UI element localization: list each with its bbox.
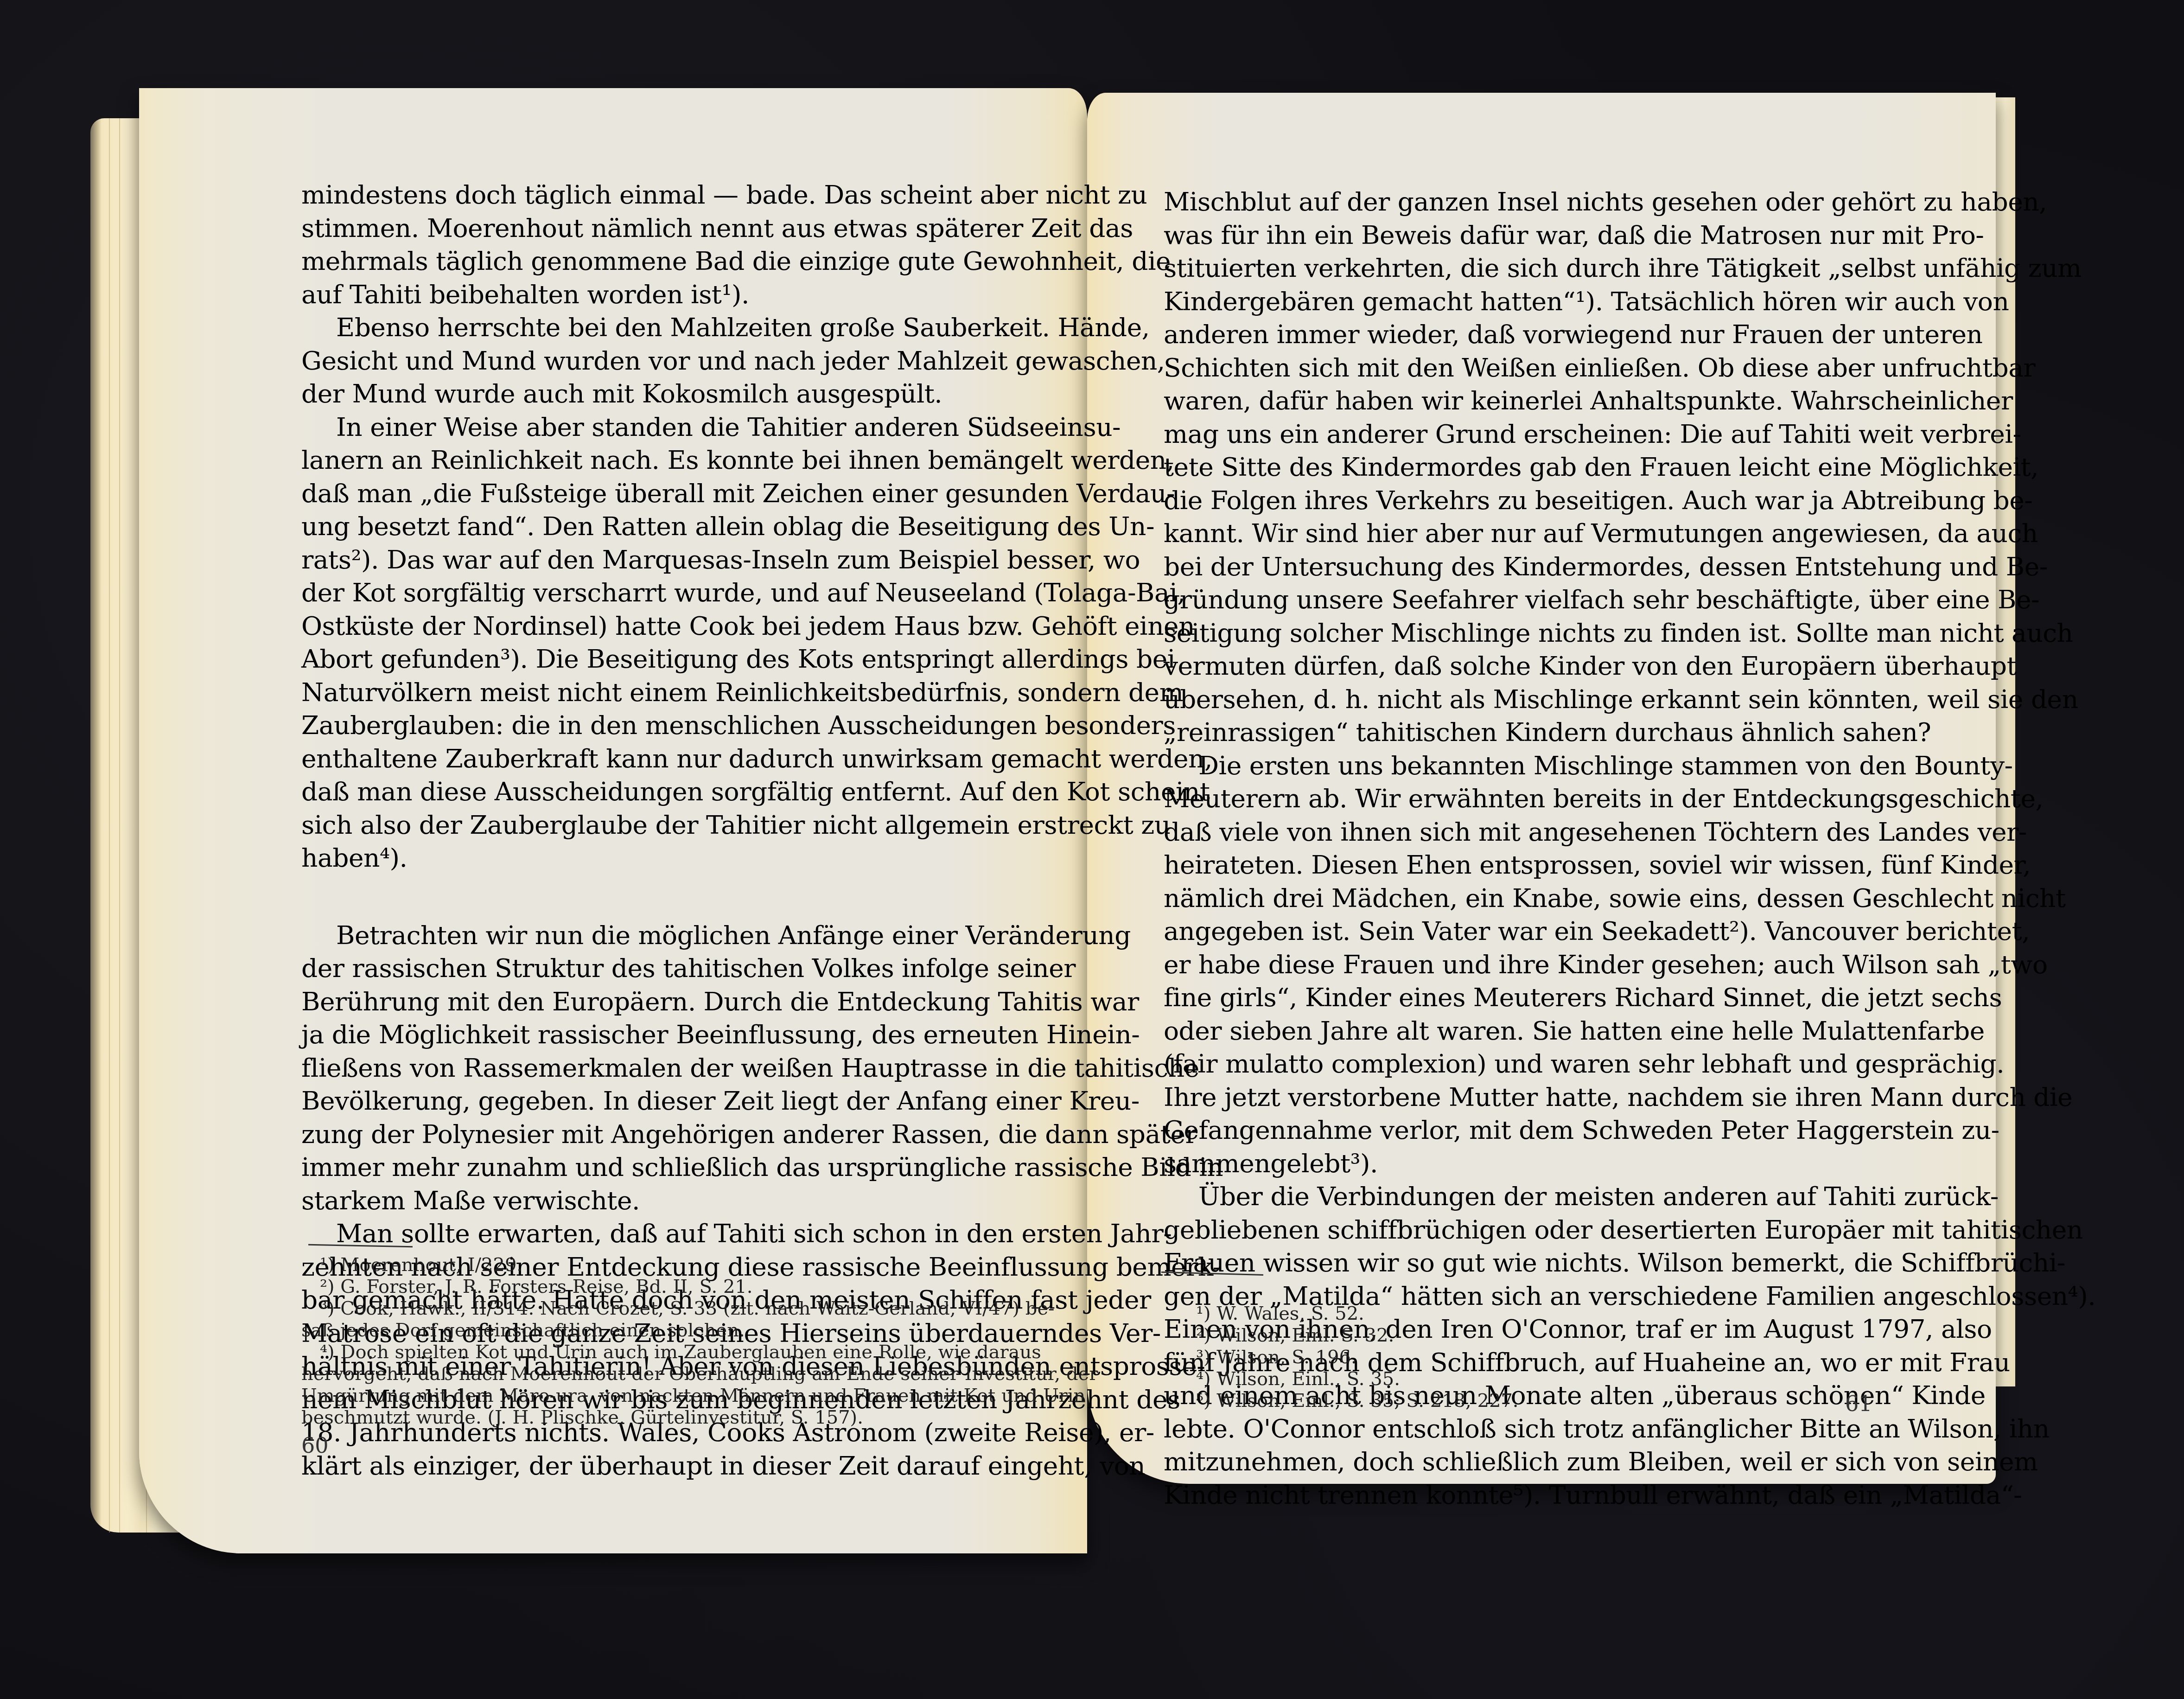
text-line: lebte. O'Connor entschloß sich trotz anf… [1164, 1412, 1889, 1446]
footnote: ⁵) Wilson, Einl., S. 35; S. 218, 227. [1178, 1390, 1548, 1412]
open-book: mindestens doch täglich einmal — bade. D… [0, 0, 2184, 1699]
text-line: der Mund wurde auch mit Kokosmilch ausge… [301, 377, 1034, 411]
page-number-left: 60 [301, 1433, 329, 1458]
footnote: ⁴) Doch spielten Kot und Urin auch im Za… [301, 1341, 1020, 1363]
footnote: ³) Wilson, S. 196. [1178, 1347, 1548, 1368]
text-line: vermuten dürfen, daß solche Kinder von d… [1164, 650, 1889, 683]
text-line: Mischblut auf der ganzen Insel nichts ge… [1164, 185, 1889, 219]
text-line: Ihre jetzt verstorbene Mutter hatte, nac… [1164, 1081, 1889, 1114]
text-line: Abort gefunden³). Die Beseitigung des Ko… [301, 643, 1034, 676]
footnote: ¹) W. Wales, S. 52. [1178, 1303, 1548, 1325]
text-line: daß man diese Ausscheidungen sorgfältig … [301, 775, 1034, 809]
left-page-footnotes: ¹) Moerenhout, I/229. ²) G. Forster, J. … [301, 1254, 1020, 1429]
footnote-continuation: hervorgeht, daß nach Moerenhout der Ober… [301, 1363, 1020, 1385]
text-line: der rassischen Struktur des tahitischen … [301, 952, 1034, 985]
text-line: ung besetzt fand“. Den Ratten allein obl… [301, 510, 1034, 543]
text-line: Bevölkerung, gegeben. In dieser Zeit lie… [301, 1085, 1034, 1118]
text-line: Berührung mit den Europäern. Durch die E… [301, 985, 1034, 1019]
text-line: In einer Weise aber standen die Tahitier… [301, 411, 1034, 444]
text-line: Kinde nicht trennen konnte⁵). Turnbull e… [1164, 1479, 1889, 1512]
text-line: kannt. Wir sind hier aber nur auf Vermut… [1164, 517, 1889, 550]
text-line: klärt als einziger, der überhaupt in die… [301, 1450, 1034, 1483]
text-line: Zauberglauben: die in den menschlichen A… [301, 709, 1034, 742]
text-line: was für ihn ein Beweis dafür war, daß di… [1164, 219, 1889, 252]
text-line: der Kot sorgfältig verscharrt wurde, und… [301, 576, 1034, 610]
text-line: waren, dafür haben wir keinerlei Anhalts… [1164, 384, 1889, 418]
text-line: Die ersten uns bekannten Mischlinge stam… [1164, 749, 1889, 783]
footnote-continuation: saß jedes Dorf gemeinschaftlich einen so… [301, 1320, 1020, 1341]
text-line: rats²). Das war auf den Marquesas-Inseln… [301, 543, 1034, 577]
text-line: nämlich drei Mädchen, ein Knabe, sowie e… [1164, 882, 1889, 915]
text-line: immer mehr zunahm und schließlich das ur… [301, 1151, 1034, 1184]
text-line: heirateten. Diesen Ehen entsprossen, sov… [1164, 849, 1889, 882]
text-line: Kindergebären gemacht hatten“¹). Tatsäch… [1164, 285, 1889, 319]
text-line: seitigung solcher Mischlinge nichts zu f… [1164, 617, 1889, 650]
text-line: Schichten sich mit den Weißen einließen.… [1164, 351, 1889, 385]
text-line: mehrmals täglich genommene Bad die einzi… [301, 245, 1034, 278]
text-line: mitzunehmen, doch schließlich zum Bleibe… [1164, 1445, 1889, 1479]
text-line: zung der Polynesier mit Angehörigen ande… [301, 1118, 1034, 1151]
text-line: fließens von Rassemerkmalen der weißen H… [301, 1052, 1034, 1085]
text-line: mindestens doch täglich einmal — bade. D… [301, 179, 1034, 212]
text-line: gründung unsere Seefahrer vielfach sehr … [1164, 583, 1889, 617]
text-line: (fair mulatto complexion) und waren sehr… [1164, 1048, 1889, 1081]
text-line: Betrachten wir nun die möglichen Anfänge… [301, 919, 1034, 952]
text-line: enthaltene Zauberkraft kann nur dadurch … [301, 742, 1034, 776]
text-line: sich also der Zauberglaube der Tahitier … [301, 809, 1034, 842]
footnote: ³) Cook, Hawk., II/314. Nach Crozet, S. … [301, 1298, 1020, 1320]
text-line: Frauen wissen wir so gut wie nichts. Wil… [1164, 1246, 1889, 1280]
text-line: übersehen, d. h. nicht als Mischlinge er… [1164, 683, 1889, 716]
text-line: tete Sitte des Kindermordes gab den Frau… [1164, 451, 1889, 484]
footnote: ⁴) Wilson, Einl., S. 35. [1178, 1368, 1548, 1390]
text-line: daß man „die Fußsteige überall mit Zeich… [301, 477, 1034, 511]
text-line: lanern an Reinlichkeit nach. Es konnte b… [301, 444, 1034, 477]
text-line: er habe diese Frauen und ihre Kinder ges… [1164, 948, 1889, 982]
text-line: sammengelebt³). [1164, 1147, 1889, 1181]
text-line: auf Tahiti beibehalten worden ist¹). [301, 278, 1034, 312]
text-line: stimmen. Moerenhout nämlich nennt aus et… [301, 212, 1034, 245]
text-line: anderen immer wieder, daß vorwiegend nur… [1164, 318, 1889, 351]
text-line: Man sollte erwarten, daß auf Tahiti sich… [301, 1217, 1034, 1251]
footnote: ²) G. Forster, J. R. Forsters Reise, Bd.… [301, 1276, 1020, 1298]
text-line: Naturvölkern meist nicht einem Reinlichk… [301, 676, 1034, 709]
page-number-right: 61 [1845, 1391, 1872, 1416]
text-line: gebliebenen schiffbrüchigen oder deserti… [1164, 1214, 1889, 1247]
text-line: „reinrassigen“ tahitischen Kindern durch… [1164, 716, 1889, 749]
text-line: fine girls“, Kinder eines Meuterers Rich… [1164, 981, 1889, 1015]
text-line: angegeben ist. Sein Vater war ein Seekad… [1164, 915, 1889, 948]
text-line: bei der Untersuchung des Kindermordes, d… [1164, 550, 1889, 584]
text-line: mag uns ein anderer Grund erscheinen: Di… [1164, 418, 1889, 451]
text-line: Über die Verbindungen der meisten andere… [1164, 1180, 1889, 1214]
footnote: ²) Wilson, Einl. S. 32. [1178, 1325, 1548, 1347]
text-line: ja die Möglichkeit rassischer Beeinfluss… [301, 1018, 1034, 1052]
text-line: oder sieben Jahre alt waren. Sie hatten … [1164, 1015, 1889, 1048]
footnote: ¹) Moerenhout, I/229. [301, 1254, 1020, 1276]
footnote-continuation: Umgürtung mit dem Maro-ura, von nackten … [301, 1385, 1020, 1407]
text-line: Ebenso herrschte bei den Mahlzeiten groß… [301, 311, 1034, 345]
text-line: Ostküste der Nordinsel) hatte Cook bei j… [301, 610, 1034, 643]
text-line: Gesicht und Mund wurden vor und nach jed… [301, 345, 1034, 378]
text-line: starkem Maße verwischte. [301, 1184, 1034, 1218]
text-line: haben⁴). [301, 842, 1034, 875]
text-line: daß viele von ihnen sich mit angesehenen… [1164, 816, 1889, 849]
right-page-footnotes: ¹) W. Wales, S. 52. ²) Wilson, Einl. S. … [1178, 1303, 1548, 1412]
footnote-continuation: beschmutzt wurde. (J. H. Plischke, Gürte… [301, 1407, 1020, 1429]
text-line: die Folgen ihres Verkehrs zu beseitigen.… [1164, 484, 1889, 517]
text-line: Gefangennahme verlor, mit dem Schweden P… [1164, 1114, 1889, 1147]
text-line: Meuterern ab. Wir erwähnten bereits in d… [1164, 782, 1889, 816]
text-line: stituierten verkehrten, die sich durch i… [1164, 252, 1889, 285]
